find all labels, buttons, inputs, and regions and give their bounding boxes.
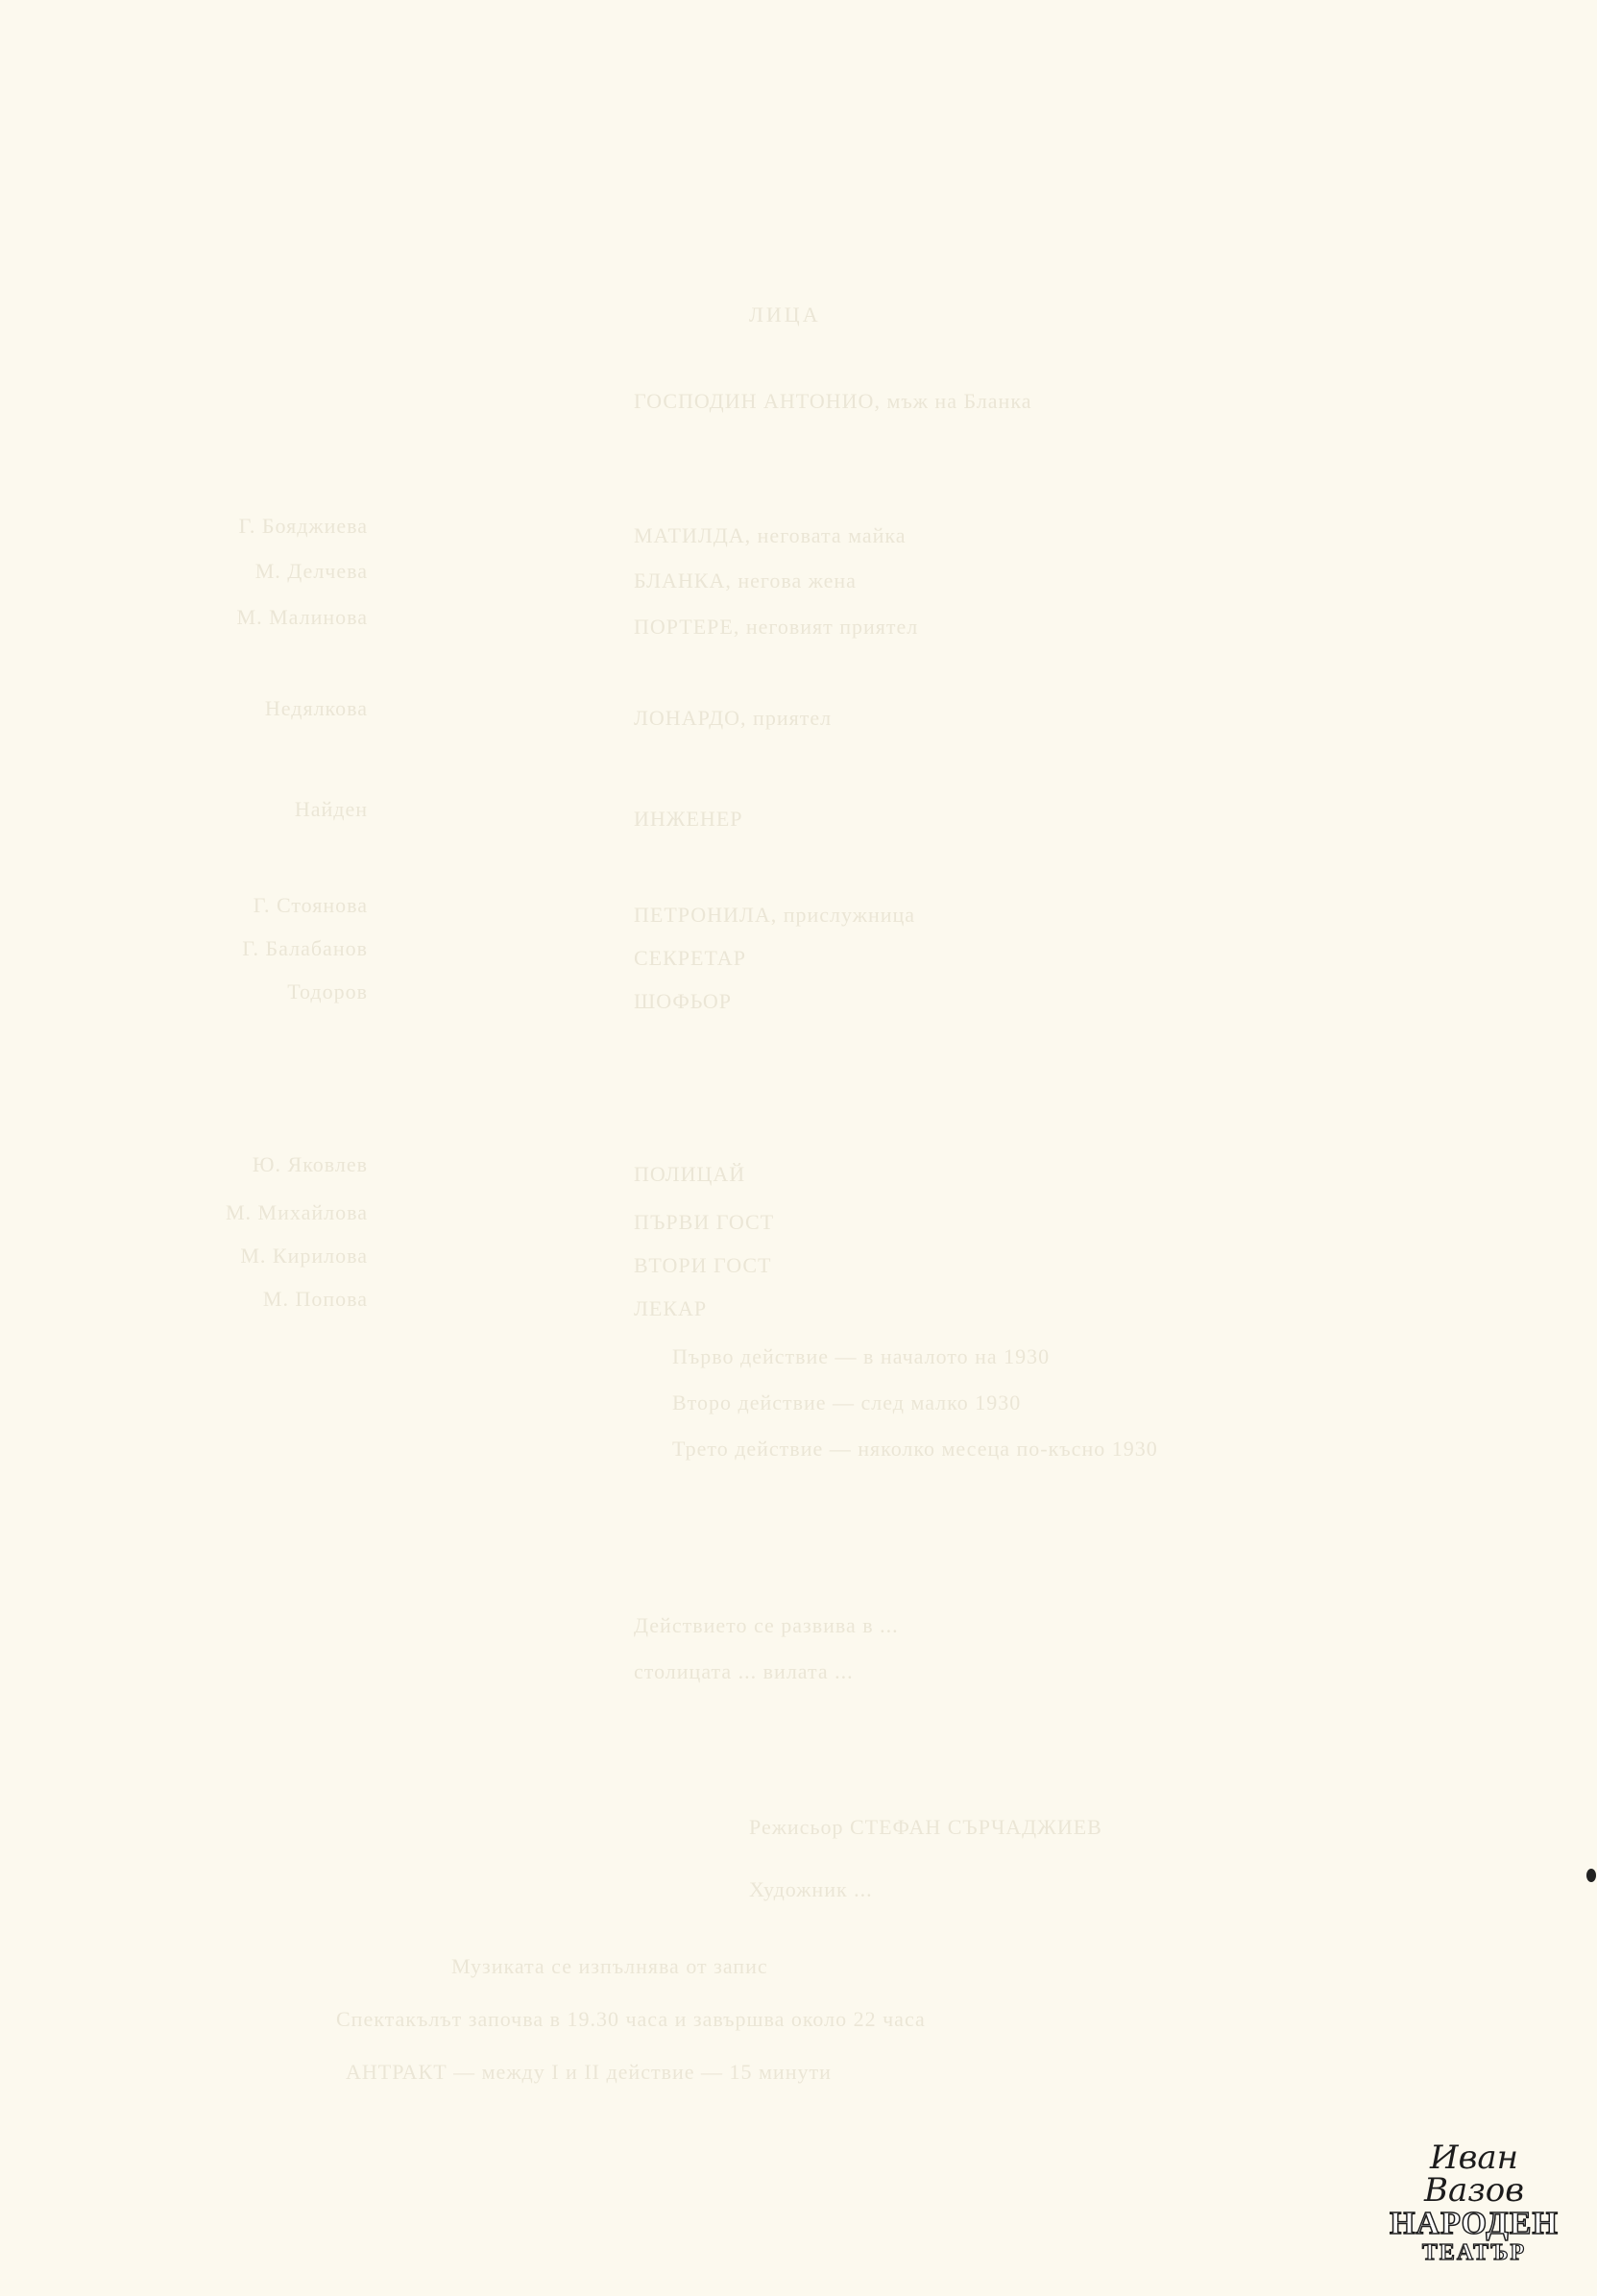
- credit-line: Режисьор СТЕФАН СЪРЧАДЖИЕВ: [749, 1815, 1102, 1840]
- cast-actor: М. Михайлова: [226, 1200, 368, 1225]
- cast-actor: Ю. Яковлев: [253, 1152, 368, 1177]
- cast-role: СЕКРЕТАР: [634, 946, 746, 971]
- cast-role: ПЕТРОНИЛА, прислужница: [634, 903, 915, 928]
- schedule-line: АНТРАКТ — между I и II действие — 15 мин…: [346, 2060, 832, 2085]
- logo-line2: ТЕАТЪР: [1383, 2241, 1565, 2264]
- act-line: Първо действие — в началото на 1930: [672, 1344, 1050, 1369]
- schedule-line: Музиката се изпълнява от запис: [451, 1954, 768, 1979]
- cast-actor: Недялкова: [265, 696, 368, 721]
- cast-role: ПОРТЕРЕ, неговият приятел: [634, 615, 918, 640]
- logo-script: Иван Вазов: [1383, 2141, 1565, 2207]
- cast-role: ПЪРВИ ГОСТ: [634, 1210, 774, 1235]
- logo-line1: НАРОДЕН: [1383, 2207, 1565, 2241]
- cast-role: ЛЕКАР: [634, 1296, 707, 1321]
- heading: ЛИЦА: [749, 302, 821, 327]
- punch-mark: [1586, 1869, 1596, 1882]
- cast-actor: Тодоров: [287, 979, 368, 1004]
- national-theatre-logo: Иван Вазов НАРОДЕН ТЕАТЪР: [1383, 2141, 1565, 2264]
- cast-actor: Г. Бояджиева: [239, 514, 368, 539]
- act-line: Второ действие — след малко 1930: [672, 1390, 1021, 1415]
- cast-actor: М. Делчева: [255, 559, 368, 584]
- cast-actor: М. Попова: [263, 1287, 368, 1312]
- cast-actor: Г. Балабанов: [242, 936, 368, 961]
- cast-role: ВТОРИ ГОСТ: [634, 1253, 771, 1278]
- cast-role: ШОФЬОР: [634, 989, 732, 1014]
- cast-actor: М. Малинова: [237, 605, 368, 630]
- cast-actor: Г. Стоянова: [254, 893, 368, 918]
- cast-role: МАТИЛДА, неговата майка: [634, 523, 907, 548]
- credit-line: Художник ...: [749, 1877, 873, 1902]
- schedule-line: Спектакълът започва в 19.30 часа и завър…: [336, 2007, 926, 2032]
- cast-actor: Найден: [295, 797, 368, 822]
- note-line: столицата ... вилата ...: [634, 1659, 854, 1684]
- cast-role: БЛАНКА, негова жена: [634, 568, 857, 593]
- cast-actor: М. Кирилова: [240, 1244, 368, 1269]
- act-line: Трето действие — няколко месеца по-късно…: [672, 1437, 1158, 1462]
- cast-role: ИНЖЕНЕР: [634, 807, 743, 832]
- intro-line: ГОСПОДИН АНТОНИО, мъж на Бланка: [634, 389, 1031, 414]
- cast-role: ЛОНАРДО, приятел: [634, 706, 832, 731]
- cast-role: ПОЛИЦАЙ: [634, 1162, 745, 1187]
- note-line: Действието се развива в ...: [634, 1613, 899, 1638]
